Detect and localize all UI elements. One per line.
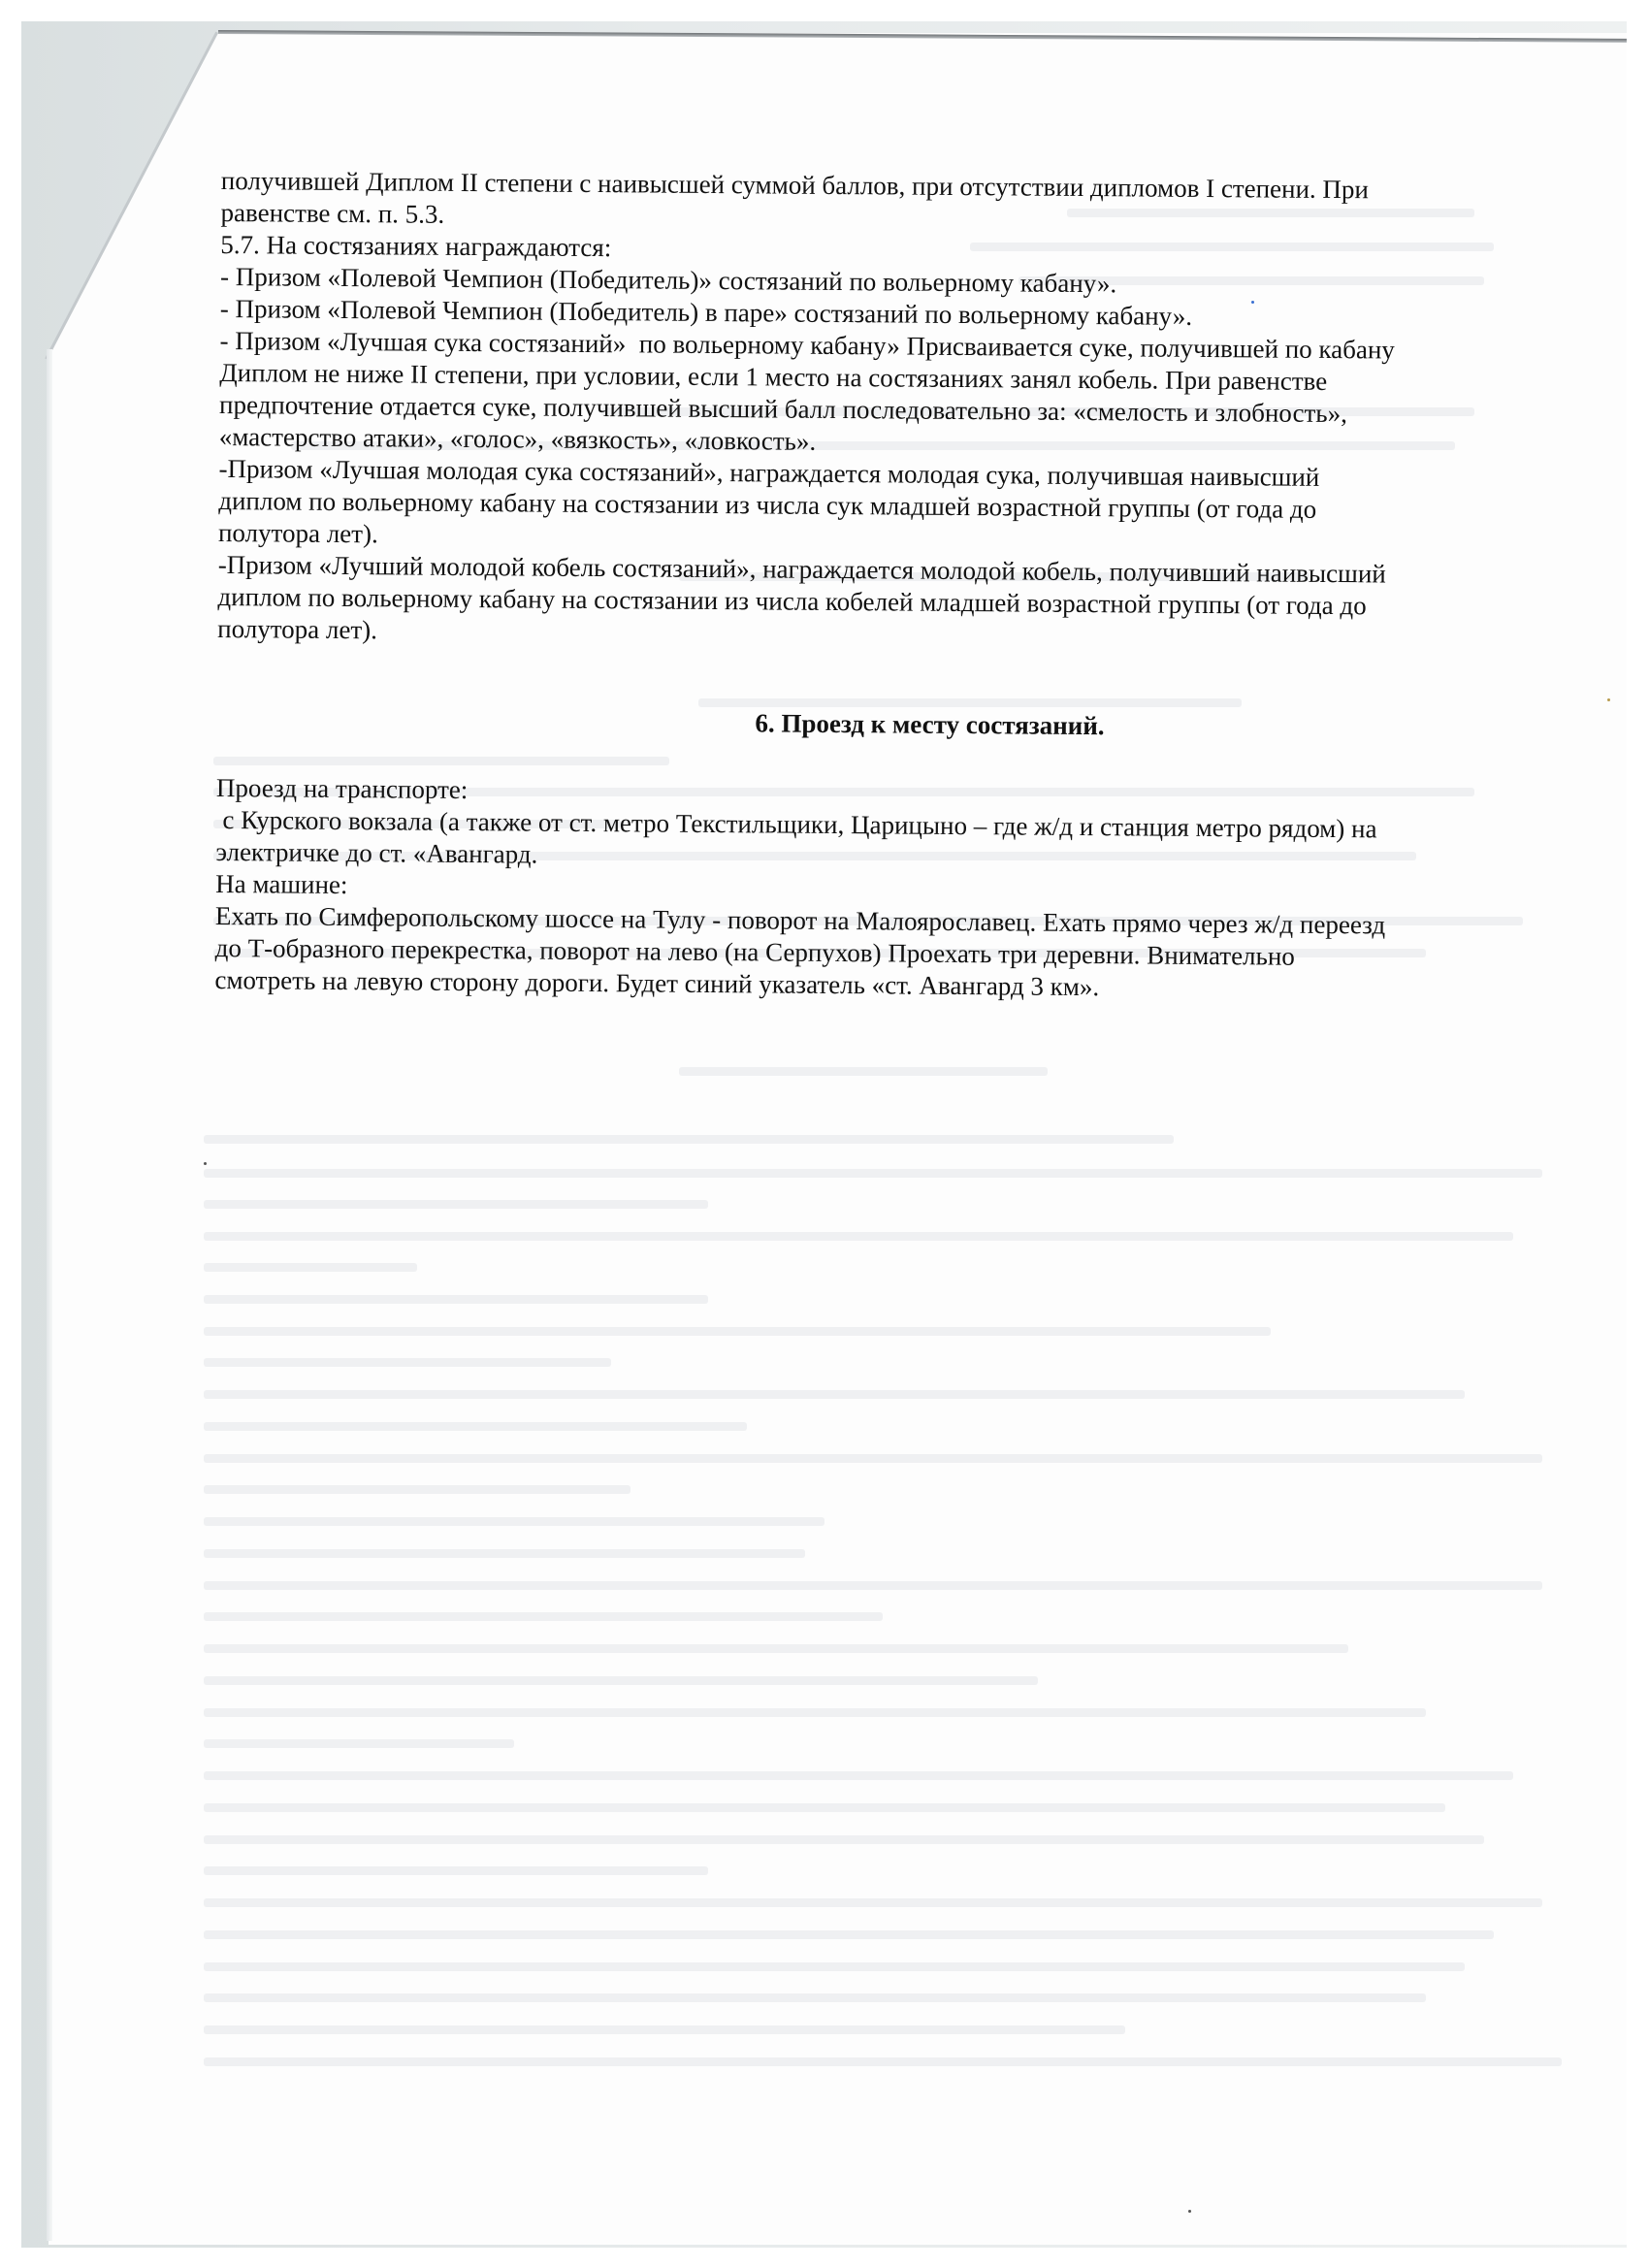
document-body: получившей Диплом II степени с наивысшей… (214, 165, 1579, 1007)
section-5-continuation: получившей Диплом II степени с наивысшей… (217, 165, 1579, 656)
scan-speck (204, 1162, 207, 1165)
scanned-page: получившей Диплом II степени с наивысшей… (0, 0, 1649, 2268)
section-6-travel: 6. Проезд к месту состязаний. Проезд на … (214, 703, 1574, 1007)
scan-speck (1188, 2210, 1191, 2213)
paper-left-edge (47, 349, 52, 2241)
scan-speck (1607, 698, 1610, 701)
